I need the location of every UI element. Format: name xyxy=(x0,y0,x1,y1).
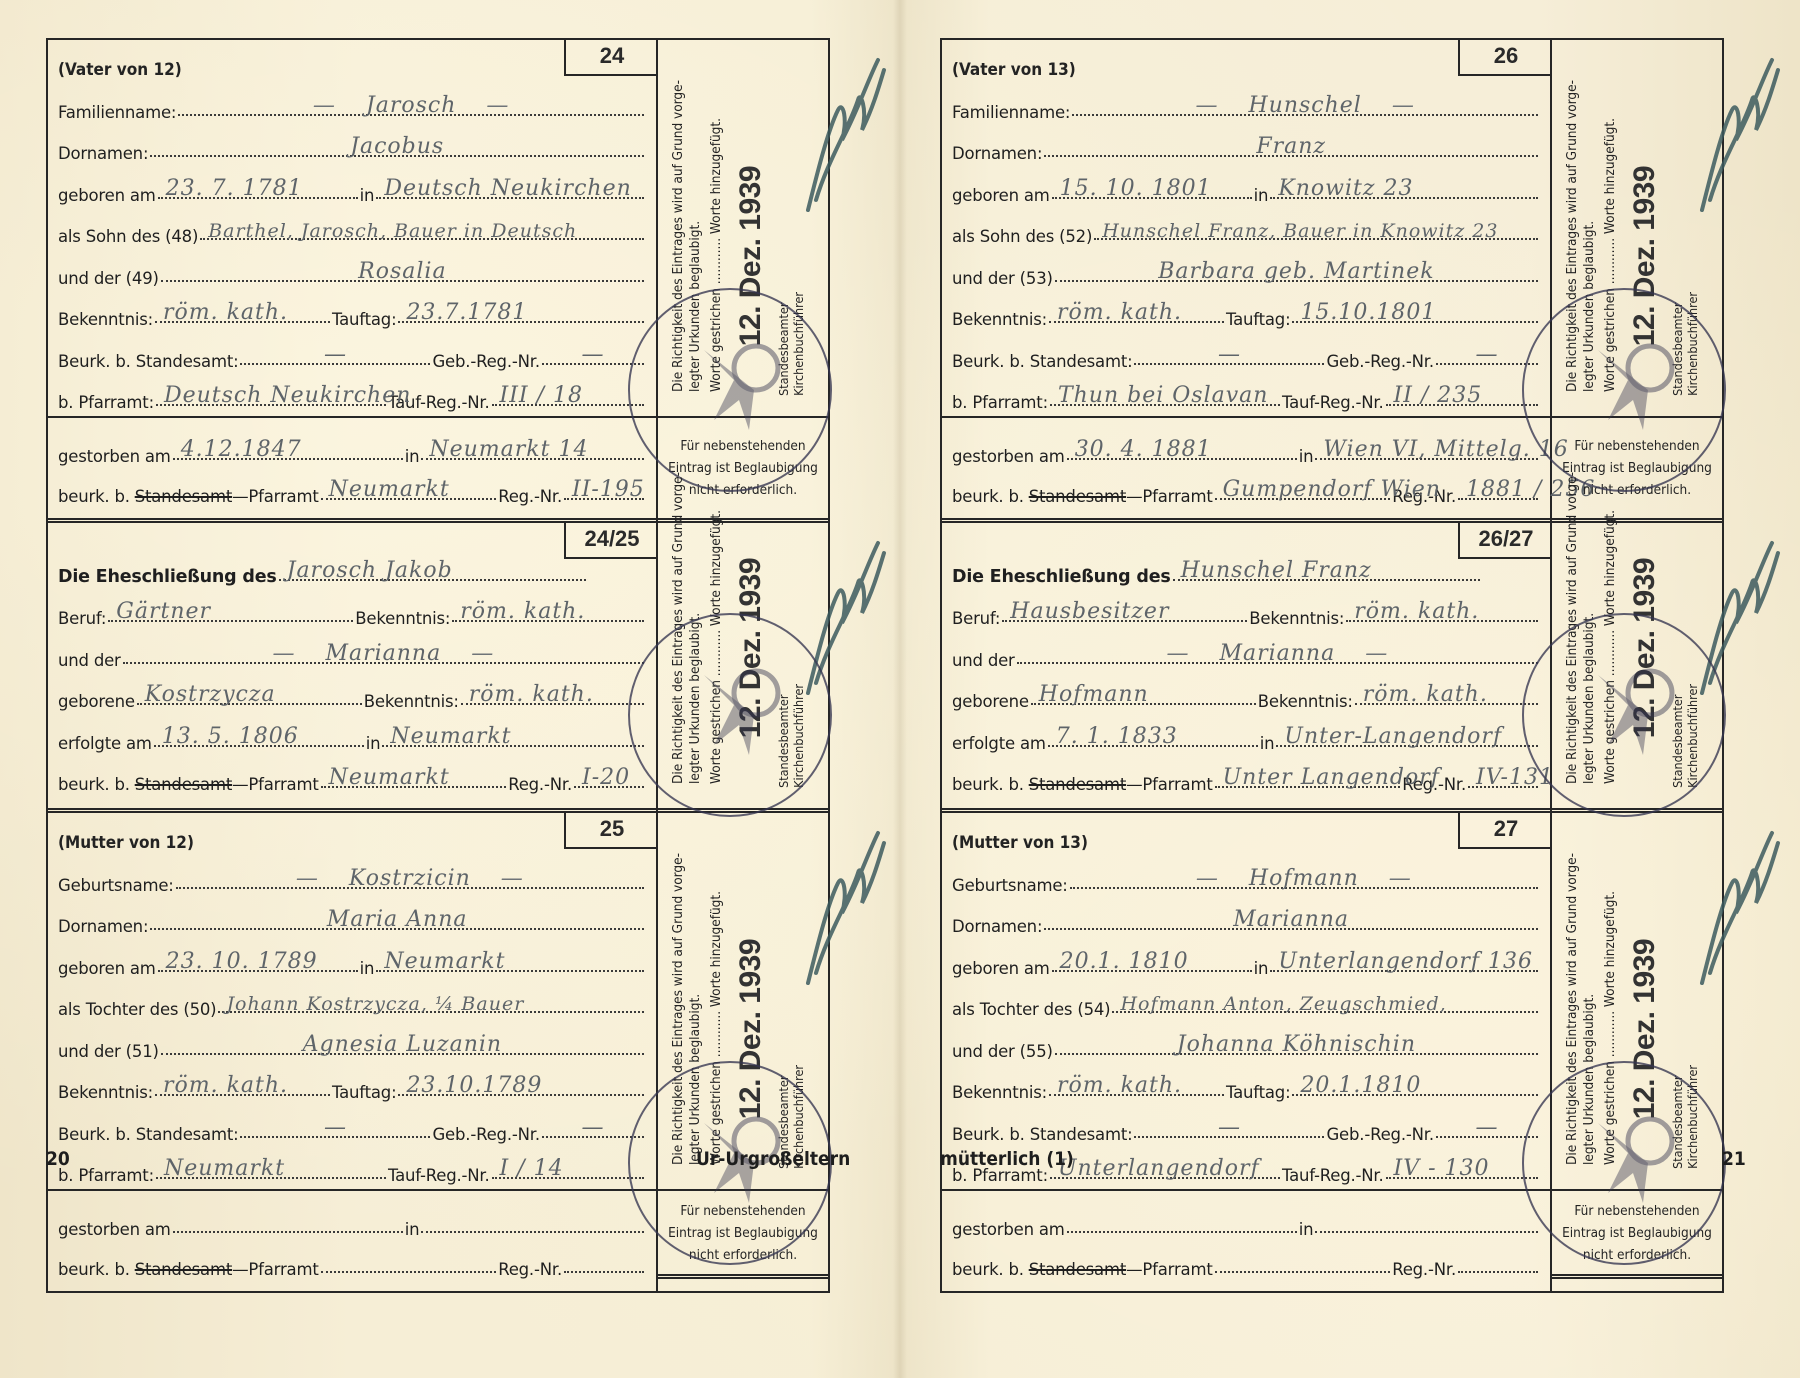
entry-number: 24 xyxy=(564,38,658,76)
label: Tauftag: xyxy=(1226,310,1290,329)
label: in xyxy=(360,186,375,205)
label: beurk. b. xyxy=(58,1260,130,1279)
entry-number: 25 xyxy=(564,811,658,849)
handwritten-value: röm. kath. xyxy=(1057,300,1182,325)
label: Pfarramt xyxy=(1142,487,1212,506)
certification-box: Die Richtigkeit des Eintrages wird auf G… xyxy=(658,523,828,813)
value-line: röm. kath. xyxy=(461,673,644,705)
certification-text: Die Richtigkeit des Eintrages wird auf G… xyxy=(1564,853,1598,1165)
officer-title: StandesbeamterKirchenbuchführer xyxy=(1670,1065,1700,1169)
handwritten-value: Deutsch Neukirchen xyxy=(164,383,411,408)
label: Die Eheschließung des xyxy=(952,567,1171,587)
value-line: röm. kath. xyxy=(1049,291,1224,323)
field-marriage-of: Die Eheschließung desHunschel Franz xyxy=(952,545,1540,587)
handwritten-value: 15.10.1801 xyxy=(1300,300,1436,325)
value-line: 20.1.1810 xyxy=(1292,1064,1538,1096)
handwritten-value: — xyxy=(324,1115,347,1140)
handwritten-value: 30. 4. 1881 xyxy=(1075,437,1212,462)
handwritten-value: 23. 7. 1781 xyxy=(166,176,303,201)
value-line: röm. kath. xyxy=(155,1064,330,1096)
label: geboren am xyxy=(58,959,156,978)
value-line: Barthel, Jarosch, Bauer in Deutsch xyxy=(200,208,644,240)
label: gestorben am xyxy=(58,1220,171,1239)
certification-box: Die Richtigkeit des Eintrages wird auf G… xyxy=(1552,40,1722,418)
label: Geb.-Reg.-Nr. xyxy=(1326,1125,1433,1144)
value-line: Maria Anna xyxy=(150,898,644,930)
handwritten-value: Neumarkt xyxy=(390,724,511,749)
field-parent-father: als Tochter des (50)Johann Kostrzycza, ¼… xyxy=(58,978,646,1020)
date-stamp: 12. Dez. 1939 xyxy=(734,558,768,738)
words-struck-added: Worte gestrichen ............ Worte hinz… xyxy=(708,891,724,1165)
label: — xyxy=(1126,775,1142,794)
words-struck-added: Worte gestrichen ............ Worte hinz… xyxy=(708,510,724,784)
field-religion: Bekenntnis:röm. kath.Tauftag:23.7.1781 xyxy=(58,288,646,330)
left-page: 24 (Vater von 12) Familienname:Jarosch D… xyxy=(46,38,830,1293)
handwritten-value: röm. kath. xyxy=(1354,599,1479,624)
value-line: — xyxy=(542,333,644,365)
field-occupation: Beruf:HausbesitzerBekenntnis:röm. kath. xyxy=(952,587,1540,629)
handwritten-value: 20.1. 1810 xyxy=(1060,949,1189,974)
field-religion: Bekenntnis:röm. kath.Tauftag:15.10.1801 xyxy=(952,288,1540,330)
no-certification-note: Für nebenstehenden Eintrag ist Beglaubig… xyxy=(658,1191,828,1279)
value-line: 7. 1. 1833 xyxy=(1048,715,1258,747)
label: und der (51) xyxy=(58,1042,159,1061)
handwritten-value: röm. kath. xyxy=(1057,1073,1182,1098)
label: Reg.-Nr. xyxy=(1392,1260,1456,1279)
label: in xyxy=(1254,959,1269,978)
value-line: II-195 xyxy=(564,468,644,500)
value-line: Hunschel Franz xyxy=(1173,549,1480,581)
value-line: IV - 130 xyxy=(1386,1147,1538,1179)
death-block: gestorben am4.12.1847inNeumarkt 14 beurk… xyxy=(48,418,656,523)
value-line: Hunschel Franz, Bauer in Knowitz 23 xyxy=(1094,208,1538,240)
handwritten-value: 20.1.1810 xyxy=(1300,1073,1421,1098)
signature xyxy=(798,533,888,703)
certification-text: Die Richtigkeit des Eintrages wird auf G… xyxy=(670,80,704,392)
label: in xyxy=(405,447,420,466)
field-death-registry: beurk. b. Standesamt—PfarramtGumpendorf … xyxy=(952,466,1540,506)
handwritten-value: röm. kath. xyxy=(1363,682,1488,707)
certification-text: Die Richtigkeit des Eintrages wird auf G… xyxy=(1564,472,1598,784)
label: Pfarramt xyxy=(248,775,318,794)
handwritten-value: Barthel, Jarosch, Bauer in Deutsch xyxy=(208,220,577,242)
value-line: Neumarkt xyxy=(382,715,644,747)
value-line: 30. 4. 1881 xyxy=(1067,428,1297,460)
label: Beruf: xyxy=(58,609,106,628)
label: als Tochter des (50) xyxy=(58,1000,216,1019)
value-line: röm. kath. xyxy=(1346,590,1538,622)
label: geborene xyxy=(952,692,1029,711)
right-page: 26 (Vater von 13) Familienname:Hunschel … xyxy=(940,38,1724,1293)
label: beurk. b. xyxy=(952,487,1024,506)
field-marriage-date: erfolgte am13. 5. 1806inNeumarkt xyxy=(58,711,646,753)
label: in xyxy=(405,1220,420,1239)
certification-box: Die Richtigkeit des Eintrages wird auf G… xyxy=(1552,523,1722,813)
form-certification-column: Die Richtigkeit des Eintrages wird auf G… xyxy=(658,40,828,1291)
field-maiden-name: geboreneHofmannBekenntnis:röm. kath. xyxy=(952,670,1540,712)
field-birth: geboren am15. 10. 1801inKnowitz 23 xyxy=(952,163,1540,205)
note-line: Für nebenstehenden xyxy=(1574,435,1699,457)
value-line: Hofmann xyxy=(1070,857,1538,889)
value-line: Agnesia Luzanin xyxy=(161,1023,644,1055)
label: in xyxy=(1254,186,1269,205)
note-line: nicht erforderlich. xyxy=(1583,479,1691,501)
value-line: 1881 / 256 xyxy=(1458,468,1538,500)
field-parish: b. Pfarramt:Thun bei OslavanTauf-Reg.-Nr… xyxy=(952,371,1540,413)
value-line: Hofmann Anton, Zeugschmied, xyxy=(1112,981,1538,1013)
value-line: Marianna xyxy=(123,632,644,664)
field-given-names: Dornamen:Maria Anna xyxy=(58,895,646,937)
field-name: Familienname:Jarosch xyxy=(58,80,646,122)
value-line: Barbara geb. Martinek xyxy=(1055,250,1538,282)
person-block: 27 (Mutter von 13) Geburtsname:Hofmann D… xyxy=(942,813,1550,1191)
handwritten-value: Neumarkt xyxy=(164,1156,285,1181)
date-stamp: 12. Dez. 1939 xyxy=(1628,166,1662,346)
handwritten-value: Agnesia Luzanin xyxy=(303,1032,502,1057)
handwritten-value: Franz xyxy=(1256,134,1326,159)
book-fold xyxy=(893,0,907,1378)
value-line: — xyxy=(1134,333,1324,365)
label: gestorben am xyxy=(952,447,1065,466)
handwritten-value: Gumpendorf Wien xyxy=(1223,477,1441,502)
label: beurk. b. xyxy=(58,487,130,506)
handwritten-value: 23. 10. 1789 xyxy=(166,949,318,974)
field-parent-father: als Sohn des (52)Hunschel Franz, Bauer i… xyxy=(952,205,1540,247)
value-line: röm. kath. xyxy=(452,590,644,622)
handwritten-value: Johanna Köhnischin xyxy=(1177,1032,1416,1057)
value-line: Neumarkt 14 xyxy=(421,428,644,460)
value-line xyxy=(1315,1201,1538,1233)
label: Dornamen: xyxy=(952,917,1042,936)
form-main-column: 24 (Vater von 12) Familienname:Jarosch D… xyxy=(48,40,658,1291)
field-bride: und derMarianna xyxy=(952,628,1540,670)
handwritten-value: — xyxy=(1218,342,1241,367)
entry-number: 27 xyxy=(1458,811,1552,849)
label-struck: Standesamt xyxy=(135,487,232,506)
label: Pfarramt xyxy=(248,487,318,506)
handwritten-value: Hunschel Franz, Bauer in Knowitz 23 xyxy=(1102,220,1498,242)
field-death-registry: beurk. b. Standesamt—PfarramtNeumarktReg… xyxy=(58,466,646,506)
label: als Sohn des (48) xyxy=(58,227,198,246)
value-line: 13. 5. 1806 xyxy=(154,715,364,747)
handwritten-value: Johann Kostrzycza, ¼ Bauer xyxy=(226,993,524,1015)
certification-text: Die Richtigkeit des Eintrages wird auf G… xyxy=(670,472,704,784)
handwritten-value: Kostrzicin xyxy=(296,866,524,891)
value-line: Johanna Köhnischin xyxy=(1055,1023,1538,1055)
date-stamp: 12. Dez. 1939 xyxy=(1628,558,1662,738)
field-civil-registry: Beurk. b. Standesamt:—Geb.-Reg.-Nr.— xyxy=(952,329,1540,371)
handwritten-value: Unter Langendorf xyxy=(1223,765,1440,790)
label: Die Eheschließung des xyxy=(58,567,277,587)
signature xyxy=(1692,823,1782,993)
handwritten-value: 23.7.1781 xyxy=(406,300,527,325)
handwritten-value: II / 235 xyxy=(1394,383,1483,408)
value-line xyxy=(564,1241,644,1273)
date-stamp: 12. Dez. 1939 xyxy=(734,939,768,1119)
field-parent-mother: und der (51)Agnesia Luzanin xyxy=(58,1019,646,1061)
field-parent-mother: und der (49)Rosalia xyxy=(58,246,646,288)
note-line: Für nebenstehenden xyxy=(680,435,805,457)
date-stamp: 12. Dez. 1939 xyxy=(734,166,768,346)
handwritten-value: Hofmann xyxy=(1039,682,1149,707)
label: Bekenntnis: xyxy=(58,1083,153,1102)
label: beurk. b. xyxy=(952,1260,1024,1279)
value-line: I-20 xyxy=(574,756,644,788)
label: Tauf-Reg.-Nr. xyxy=(1282,1166,1384,1185)
value-line: 23. 10. 1789 xyxy=(158,940,358,972)
field-maiden-name: geboreneKostrzyczaBekenntnis:röm. kath. xyxy=(58,670,646,712)
value-line: II / 235 xyxy=(1386,374,1538,406)
field-death: gestorben am4.12.1847inNeumarkt 14 xyxy=(58,418,646,466)
handwritten-value: Knowitz 23 xyxy=(1278,176,1413,201)
label: Reg.-Nr. xyxy=(508,775,572,794)
label: und der (49) xyxy=(58,269,159,288)
label-struck: Standesamt xyxy=(1029,775,1126,794)
note-line: Für nebenstehenden xyxy=(1574,1200,1699,1222)
handwritten-value: Wien VI, Mittelg. 16 xyxy=(1323,437,1568,462)
value-line: Wien VI, Mittelg. 16 xyxy=(1315,428,1538,460)
value-line: I / 14 xyxy=(492,1147,644,1179)
form-certification-column: Die Richtigkeit des Eintrages wird auf G… xyxy=(1552,40,1722,1291)
label: Dornamen: xyxy=(58,917,148,936)
value-line: — xyxy=(240,333,430,365)
handwritten-value: I / 14 xyxy=(500,1156,564,1181)
value-line: Unter-Langendorf xyxy=(1276,715,1538,747)
label: geboren am xyxy=(58,186,156,205)
handwritten-value: röm. kath. xyxy=(163,300,288,325)
page-number-left: 20 xyxy=(46,1148,70,1170)
handwritten-value: Jarosch Jakob xyxy=(287,558,453,583)
value-line: Jarosch Jakob xyxy=(279,549,586,581)
label: Dornamen: xyxy=(58,144,148,163)
label: Bekenntnis: xyxy=(1249,609,1344,628)
handwritten-value: — xyxy=(324,342,347,367)
label: Beurk. b. Standesamt: xyxy=(952,352,1132,371)
value-line: 15. 10. 1801 xyxy=(1052,167,1252,199)
date-stamp: 12. Dez. 1939 xyxy=(1628,939,1662,1119)
handwritten-value: Rosalia xyxy=(358,259,446,284)
value-line: 15.10.1801 xyxy=(1292,291,1538,323)
label: geboren am xyxy=(952,186,1050,205)
label: und der (53) xyxy=(952,269,1053,288)
field-parish: b. Pfarramt:Deutsch NeukirchenTauf-Reg.-… xyxy=(58,371,646,413)
label: — xyxy=(1126,487,1142,506)
label: Tauftag: xyxy=(332,310,396,329)
label: b. Pfarramt: xyxy=(952,393,1048,412)
label: gestorben am xyxy=(952,1220,1065,1239)
handwritten-value: Maria Anna xyxy=(327,907,468,932)
label-struck: Standesamt xyxy=(1029,1260,1126,1279)
label: — xyxy=(232,1260,248,1279)
handwritten-value: Marianna xyxy=(1233,907,1349,932)
marriage-block: 26/27 Die Eheschließung desHunschel Fran… xyxy=(942,523,1550,813)
label: erfolgte am xyxy=(58,734,152,753)
handwritten-value: — xyxy=(581,1115,604,1140)
handwritten-value: Thun bei Oslavan xyxy=(1058,383,1269,408)
value-line xyxy=(173,1201,403,1233)
handwritten-value: — xyxy=(581,342,604,367)
label-struck: Standesamt xyxy=(135,775,232,794)
value-line: Marianna xyxy=(1044,898,1538,930)
value-line: Gärtner xyxy=(108,590,353,622)
value-line xyxy=(1215,1241,1391,1273)
value-line xyxy=(421,1201,644,1233)
value-line: Neumarkt xyxy=(376,940,644,972)
label: Dornamen: xyxy=(952,144,1042,163)
label: in xyxy=(1299,1220,1314,1239)
handwritten-value: Neumarkt xyxy=(384,949,505,974)
handwritten-value: II-195 xyxy=(572,477,645,502)
field-civil-registry: Beurk. b. Standesamt:—Geb.-Reg.-Nr.— xyxy=(58,1102,646,1144)
value-line: 23.10.1789 xyxy=(398,1064,644,1096)
value-line: 23.7.1781 xyxy=(398,291,644,323)
ancestry-form: 26 (Vater von 13) Familienname:Hunschel … xyxy=(940,38,1724,1293)
label: in xyxy=(366,734,381,753)
label: Pfarramt xyxy=(248,1260,318,1279)
value-line: Neumarkt xyxy=(321,468,497,500)
value-line: Jarosch xyxy=(178,84,644,116)
value-line: — xyxy=(1134,1106,1324,1138)
person-header: (Mutter von 13) xyxy=(952,813,1540,853)
handwritten-value: Jacobus xyxy=(350,134,444,159)
signature xyxy=(798,823,888,993)
label-struck: Standesamt xyxy=(1029,487,1126,506)
field-given-names: Dornamen:Franz xyxy=(952,122,1540,164)
handwritten-value: Marianna xyxy=(272,641,494,666)
label: Geburtsname: xyxy=(952,876,1068,895)
value-line: Kostrzicin xyxy=(176,857,644,889)
field-name: Familienname:Hunschel xyxy=(952,80,1540,122)
value-line: Deutsch Neukirchen xyxy=(376,167,644,199)
note-line: nicht erforderlich. xyxy=(689,479,797,501)
label: Tauf-Reg.-Nr. xyxy=(388,1166,490,1185)
handwritten-value: Neumarkt 14 xyxy=(429,437,588,462)
label: geboren am xyxy=(952,959,1050,978)
value-line: III / 18 xyxy=(492,374,644,406)
field-name: Geburtsname:Hofmann xyxy=(952,853,1540,895)
field-death: gestorben am30. 4. 1881inWien VI, Mittel… xyxy=(952,418,1540,466)
field-birth: geboren am23. 7. 1781inDeutsch Neukirche… xyxy=(58,163,646,205)
note-line: nicht erforderlich. xyxy=(689,1244,797,1266)
label: Reg.-Nr. xyxy=(498,487,562,506)
label: gestorben am xyxy=(58,447,171,466)
field-given-names: Dornamen:Jacobus xyxy=(58,122,646,164)
field-death: gestorben amin xyxy=(58,1191,646,1239)
note-line: nicht erforderlich. xyxy=(1583,1244,1691,1266)
value-line: Unterlangendorf xyxy=(1050,1147,1280,1179)
handwritten-value: Unter-Langendorf xyxy=(1284,724,1502,749)
handwritten-value: Hofmann Anton, Zeugschmied, xyxy=(1120,993,1446,1015)
field-birth: geboren am23. 10. 1789inNeumarkt xyxy=(58,936,646,978)
handwritten-value: Neumarkt xyxy=(329,765,450,790)
field-death-registry: beurk. b. Standesamt—PfarramtReg.-Nr. xyxy=(952,1239,1540,1279)
value-line: 23. 7. 1781 xyxy=(158,167,358,199)
label: und der (55) xyxy=(952,1042,1053,1061)
person-header: (Vater von 12) xyxy=(58,40,646,80)
death-block: gestorben amin beurk. b. Standesamt—Pfar… xyxy=(48,1191,656,1279)
value-line: Deutsch Neukirchen xyxy=(156,374,386,406)
label: und der xyxy=(58,651,121,670)
label: Reg.-Nr. xyxy=(498,1260,562,1279)
handwritten-value: Marianna xyxy=(1166,641,1388,666)
label: Tauftag: xyxy=(332,1083,396,1102)
label: als Sohn des (52) xyxy=(952,227,1092,246)
value-line: Neumarkt xyxy=(321,756,507,788)
field-religion: Bekenntnis:röm. kath.Tauftag:20.1.1810 xyxy=(952,1061,1540,1103)
handwritten-value: röm. kath. xyxy=(163,1073,288,1098)
words-struck-added: Worte gestrichen ............ Worte hinz… xyxy=(708,118,724,392)
label: beurk. b. xyxy=(58,775,130,794)
label: Pfarramt xyxy=(1142,775,1212,794)
entry-number: 26 xyxy=(1458,38,1552,76)
certification-box: Die Richtigkeit des Eintrages wird auf G… xyxy=(658,813,828,1191)
label: Beurk. b. Standesamt: xyxy=(952,1125,1132,1144)
person-header: (Vater von 13) xyxy=(952,40,1540,80)
label: Geb.-Reg.-Nr. xyxy=(432,1125,539,1144)
label: Tauftag: xyxy=(1226,1083,1290,1102)
value-line: Knowitz 23 xyxy=(1270,167,1538,199)
handwritten-value: I-20 xyxy=(582,765,630,790)
value-line: Franz xyxy=(1044,125,1538,157)
label: Beurk. b. Standesamt: xyxy=(58,1125,238,1144)
value-line: — xyxy=(240,1106,430,1138)
note-line: Für nebenstehenden xyxy=(680,1200,805,1222)
no-certification-note: Für nebenstehenden Eintrag ist Beglaubig… xyxy=(1552,1191,1722,1279)
handwritten-value: Unterlangendorf 136 xyxy=(1278,949,1533,974)
handwritten-value: Deutsch Neukirchen xyxy=(384,176,631,201)
label: in xyxy=(1260,734,1275,753)
label: und der xyxy=(952,651,1015,670)
signature xyxy=(1692,533,1782,703)
value-line: Rosalia xyxy=(161,250,644,282)
certification-text: Die Richtigkeit des Eintrages wird auf G… xyxy=(670,853,704,1165)
value-line: Neumarkt xyxy=(156,1147,386,1179)
officer-title: StandesbeamterKirchenbuchführer xyxy=(776,292,806,396)
ancestry-form: 24 (Vater von 12) Familienname:Jarosch D… xyxy=(46,38,830,1293)
label: Bekenntnis: xyxy=(355,609,450,628)
value-line: 20.1. 1810 xyxy=(1052,940,1252,972)
label: Bekenntnis: xyxy=(952,1083,1047,1102)
value-line: Gumpendorf Wien xyxy=(1215,468,1391,500)
handwritten-value: — xyxy=(1475,342,1498,367)
field-marriage-date: erfolgte am7. 1. 1833inUnter-Langendorf xyxy=(952,711,1540,753)
value-line: IV-131 xyxy=(1468,756,1538,788)
field-death: gestorben amin xyxy=(952,1191,1540,1239)
field-religion: Bekenntnis:röm. kath.Tauftag:23.10.1789 xyxy=(58,1061,646,1103)
value-line: Johann Kostrzycza, ¼ Bauer xyxy=(218,981,644,1013)
handwritten-value: — xyxy=(1218,1115,1241,1140)
person-block: 26 (Vater von 13) Familienname:Hunschel … xyxy=(942,40,1550,418)
note-line: Eintrag ist Beglaubigung xyxy=(668,1222,818,1244)
signature xyxy=(798,50,888,220)
label: Geb.-Reg.-Nr. xyxy=(432,352,539,371)
label: Familienname: xyxy=(58,103,176,122)
label: beurk. b. xyxy=(952,775,1024,794)
value-line: Unterlangendorf 136 xyxy=(1270,940,1538,972)
label: Bekenntnis: xyxy=(58,310,153,329)
handwritten-value: Hausbesitzer xyxy=(1010,599,1169,624)
value-line xyxy=(1067,1201,1297,1233)
note-line: Eintrag ist Beglaubigung xyxy=(1562,1222,1712,1244)
field-death-registry: beurk. b. Standesamt—PfarramtReg.-Nr. xyxy=(58,1239,646,1279)
field-occupation: Beruf:GärtnerBekenntnis:röm. kath. xyxy=(58,587,646,629)
field-parent-mother: und der (53)Barbara geb. Martinek xyxy=(952,246,1540,288)
value-line: Thun bei Oslavan xyxy=(1050,374,1280,406)
label: Beruf: xyxy=(952,609,1000,628)
value-line: Hunschel xyxy=(1072,84,1538,116)
field-civil-registry: Beurk. b. Standesamt:—Geb.-Reg.-Nr.— xyxy=(952,1102,1540,1144)
handwritten-value: Hofmann xyxy=(1196,866,1412,891)
